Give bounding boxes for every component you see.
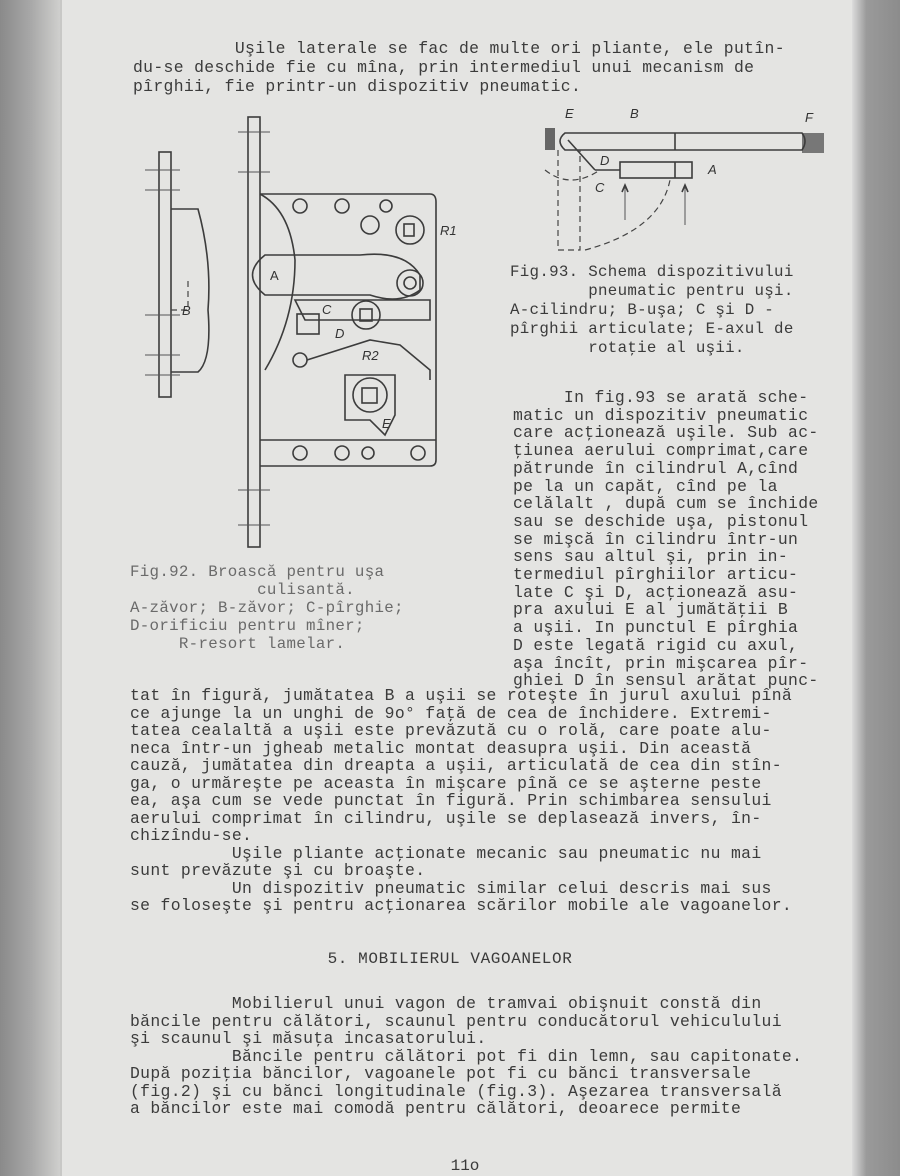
svg-text:A: A <box>270 268 279 283</box>
text-line: ţiunea aerului comprimat,care <box>513 442 808 460</box>
text-line: D este legată rigid cu axul, <box>513 637 798 655</box>
text-line: care acţionează uşile. Sub ac- <box>513 424 819 442</box>
text-line: ea, aşa cum se vede punctat în figură. P… <box>130 792 772 810</box>
text-line: pătrunde în cilindrul A,cînd <box>513 460 798 478</box>
caption-line: D-orificiu pentru mîner; <box>130 617 365 635</box>
text-line: sens sau altul şi, prin in- <box>513 548 788 566</box>
page-edge-shadow <box>852 0 900 1176</box>
svg-text:C: C <box>322 302 332 317</box>
caption-line: pneumatic pentru uşi. <box>510 282 794 300</box>
text-line: (fig.2) şi cu bănci longitudinale (fig.3… <box>130 1083 782 1101</box>
svg-text:R1: R1 <box>440 223 457 238</box>
text-line: şi scaunul şi măsuţa incasatorului. <box>130 1030 487 1048</box>
text-line: termediul pîrghiilor articu- <box>513 566 798 584</box>
text-line: celălalt , după cum se închide <box>513 495 819 513</box>
svg-text:A: A <box>707 162 717 177</box>
text-line: chizîndu-se. <box>130 827 252 845</box>
svg-text:E: E <box>382 416 391 431</box>
caption-line: rotaţie al uşii. <box>510 339 745 357</box>
svg-text:E: E <box>565 106 574 121</box>
text-line: a băncilor este mai comodă pentru călăto… <box>130 1100 741 1118</box>
text-line: aşa încît, prin mişcarea pîr- <box>513 655 808 673</box>
caption-line: pîrghii articulate; E-axul de <box>510 320 794 338</box>
figure-92-lock-drawing: B R1 A C D R2 E <box>130 110 460 560</box>
text-line: tatea cealaltă a uşii este prevăzută cu … <box>130 722 772 740</box>
text-line: pîrghii, fie printr-un dispozitiv pneuma… <box>133 78 581 96</box>
svg-text:C: C <box>595 180 605 195</box>
text-line: tat în figură, jumătatea B a uşii se rot… <box>130 687 792 705</box>
caption-line: A-zăvor; B-zăvor; C-pîrghie; <box>130 599 404 617</box>
text-line: se mişcă în cilindru într-un <box>513 531 798 549</box>
text-line: a uşii. In punctul E pîrghia <box>513 619 798 637</box>
text-line: ce ajunge la un unghi de 9o° faţă de cea… <box>130 705 772 723</box>
text-line: pe la un capăt, cînd pe la <box>513 478 778 496</box>
text-line: pra axului E al jumătăţii B <box>513 601 788 619</box>
text-line: In fig.93 se arată sche- <box>513 389 808 407</box>
caption-line: A-cilindru; B-uşa; C şi D - <box>510 301 774 319</box>
svg-text:B: B <box>182 303 191 318</box>
caption-line: Fig.92. Broască pentru uşa <box>130 563 384 581</box>
text-line: Un dispozitiv pneumatic similar celui de… <box>130 880 772 898</box>
text-line: du-se deschide fie cu mîna, prin interme… <box>133 59 754 77</box>
caption-line: Fig.93. Schema dispozitivului <box>510 263 794 281</box>
caption-line: R-resort lamelar. <box>130 635 345 653</box>
text-line: late C şi D, acţionează asu- <box>513 584 798 602</box>
page-number: 11o <box>0 1157 900 1175</box>
text-line: sau se deschide uşa, pistonul <box>513 513 808 531</box>
text-line: ga, o urmăreşte pe aceasta în mişcare pî… <box>130 775 762 793</box>
svg-text:D: D <box>600 153 609 168</box>
text-line: Băncile pentru călători pot fi din lemn,… <box>130 1048 802 1066</box>
text-line: matic un dispozitiv pneumatic <box>513 407 808 425</box>
text-line: Uşile laterale se fac de multe ori plian… <box>133 40 785 58</box>
text-line: Mobilierul unui vagon de tramvai obişnui… <box>130 995 762 1013</box>
text-line: neca într-un jgheab metalic montat deasu… <box>130 740 751 758</box>
figure-93-pneumatic-diagram: E B F D C A <box>530 100 840 260</box>
caption-line: culisantă. <box>130 581 355 599</box>
text-line: sunt prevăzute şi cu broaşte. <box>130 862 425 880</box>
book-gutter-shadow <box>0 0 62 1176</box>
svg-text:F: F <box>805 110 814 125</box>
text-line: După poziţia băncilor, vagoanele pot fi … <box>130 1065 751 1083</box>
text-line: cauză, jumătatea din dreapta a uşii, art… <box>130 757 782 775</box>
text-line: băncile pentru călători, scaunul pentru … <box>130 1013 782 1031</box>
svg-text:D: D <box>335 326 344 341</box>
text-line: aerului comprimat în cilindru, uşile se … <box>130 810 762 828</box>
page-fold <box>60 0 62 1176</box>
svg-text:R2: R2 <box>362 348 379 363</box>
text-line: Uşile pliante acţionate mecanic sau pneu… <box>130 845 762 863</box>
text-line: se foloseşte şi pentru acţionarea scăril… <box>130 897 792 915</box>
svg-text:B: B <box>630 106 639 121</box>
section-heading: 5. MOBILIERUL VAGOANELOR <box>0 950 900 968</box>
